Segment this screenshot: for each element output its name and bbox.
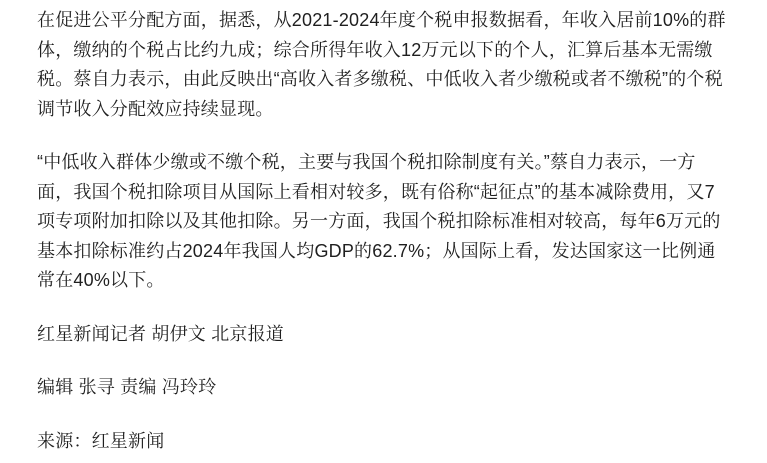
paragraph-tax-distribution: 在促进公平分配方面，据悉，从2021-2024年度个税申报数据看，年收入居前10… — [37, 6, 731, 124]
reporter-byline: 红星新闻记者 胡伊文 北京报道 — [37, 320, 731, 350]
paragraph-deduction-system: “中低收入群体少缴或不缴个税，主要与我国个税扣除制度有关。”蔡自力表示，一方面，… — [37, 148, 731, 296]
editors-line: 编辑 张寻 责编 冯玲玲 — [37, 373, 731, 403]
source-line: 来源：红星新闻 — [37, 427, 731, 457]
article-body: 在促进公平分配方面，据悉，从2021-2024年度个税申报数据看，年收入居前10… — [0, 0, 767, 456]
